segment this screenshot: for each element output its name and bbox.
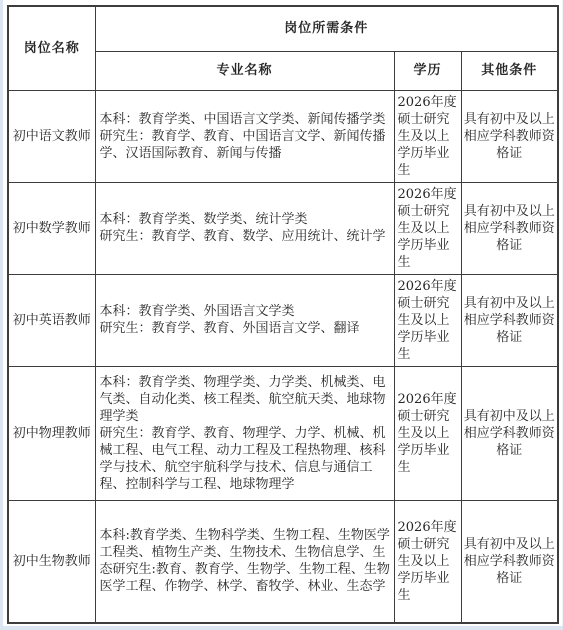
header-major: 专业名称 <box>95 51 394 90</box>
major-graduate-text: 研究生：教育学、教育、物理学、力学、机械、机械工程、电气工程、动力工程及工程热物… <box>100 425 392 493</box>
major-cell: 本科：教育学类、物理学类、力学类、机械类、电气类、自动化类、核工程类、航空航天类… <box>95 366 394 500</box>
degree-cell: 2026年度硕士研究生及以上学历毕业生 <box>394 274 461 366</box>
major-cell: 本科：教育学类、中国语言文学类、新闻传播学类 研究生：教育学、教育、中国语言文学… <box>95 90 394 182</box>
table-row-physics-teacher: 初中物理教师 本科：教育学类、物理学类、力学类、机械类、电气类、自动化类、核工程… <box>8 366 558 500</box>
position-cell: 初中数学教师 <box>8 182 95 274</box>
header-position: 岗位名称 <box>8 6 95 90</box>
table-row-biology-teacher: 初中生物教师 本科:教育学类、生物科学类、生物工程、生物医学工程类、植物生产类、… <box>8 500 558 623</box>
degree-text: 2026年度硕士研究生及以上学历毕业生 <box>398 186 460 271</box>
other-conditions-text: 具有初中及以上相应学科教师资格证 <box>463 203 555 254</box>
degree-text: 2026年度硕士研究生及以上学历毕业生 <box>398 278 460 363</box>
recruitment-table: 岗位名称 岗位所需条件 专业名称 学历 其他条件 初中语文教师 本科：教育学类、… <box>7 5 559 624</box>
position-cell: 初中语文教师 <box>8 90 95 182</box>
header-requirements-group: 岗位所需条件 <box>95 6 558 51</box>
major-cell: 本科:教育学类、生物科学类、生物工程、生物医学工程类、植物生产类、生物技术、生物… <box>95 500 394 623</box>
other-conditions-cell: 具有初中及以上相应学科教师资格证 <box>461 90 558 182</box>
position-cell: 初中物理教师 <box>8 366 95 500</box>
position-cell: 初中生物教师 <box>8 500 95 623</box>
major-bachelor-text: 本科：教育学类、数学类、统计学类 <box>100 211 392 228</box>
table-row-chinese-teacher: 初中语文教师 本科：教育学类、中国语言文学类、新闻传播学类 研究生：教育学、教育… <box>8 90 558 182</box>
other-conditions-text: 具有初中及以上相应学科教师资格证 <box>463 111 555 162</box>
other-conditions-cell: 具有初中及以上相应学科教师资格证 <box>461 182 558 274</box>
major-cell: 本科：教育学类、数学类、统计学类 研究生：教育学、教育、数学、应用统计、统计学 <box>95 182 394 274</box>
major-bachelor-text: 本科：教育学类、物理学类、力学类、机械类、电气类、自动化类、核工程类、航空航天类… <box>100 374 392 425</box>
major-graduate-text: 研究生：教育学、教育、中国语言文学、新闻传播学、汉语国际教育、新闻与传播 <box>100 128 392 162</box>
major-graduate-text: 研究生：教育学、教育、外国语言文学、翻译 <box>100 320 392 337</box>
major-cell: 本科：教育学类、外国语言文学类 研究生：教育学、教育、外国语言文学、翻译 <box>95 274 394 366</box>
table-row-math-teacher: 初中数学教师 本科：教育学类、数学类、统计学类 研究生：教育学、教育、数学、应用… <box>8 182 558 274</box>
other-conditions-text: 具有初中及以上相应学科教师资格证 <box>463 536 555 587</box>
major-combined-text: 本科:教育学类、生物科学类、生物工程、生物医学工程类、植物生产类、生物技术、生物… <box>100 527 392 595</box>
other-conditions-cell: 具有初中及以上相应学科教师资格证 <box>461 274 558 366</box>
major-bachelor-text: 本科：教育学类、外国语言文学类 <box>100 303 392 320</box>
table-row-english-teacher: 初中英语教师 本科：教育学类、外国语言文学类 研究生：教育学、教育、外国语言文学… <box>8 274 558 366</box>
other-conditions-text: 具有初中及以上相应学科教师资格证 <box>463 408 555 459</box>
other-conditions-cell: 具有初中及以上相应学科教师资格证 <box>461 366 558 500</box>
document-page: 岗位名称 岗位所需条件 专业名称 学历 其他条件 初中语文教师 本科：教育学类、… <box>0 0 563 630</box>
position-cell: 初中英语教师 <box>8 274 95 366</box>
major-graduate-text: 研究生：教育学、教育、数学、应用统计、统计学 <box>100 228 392 245</box>
degree-text: 2026年度硕士研究生及以上学历毕业生 <box>398 519 460 604</box>
other-conditions-cell: 具有初中及以上相应学科教师资格证 <box>461 500 558 623</box>
degree-cell: 2026年度硕士研究生及以上学历毕业生 <box>394 90 461 182</box>
other-conditions-text: 具有初中及以上相应学科教师资格证 <box>463 295 555 346</box>
header-degree: 学历 <box>394 51 461 90</box>
degree-text: 2026年度硕士研究生及以上学历毕业生 <box>398 391 460 476</box>
degree-text: 2026年度硕士研究生及以上学历毕业生 <box>398 94 460 179</box>
degree-cell: 2026年度硕士研究生及以上学历毕业生 <box>394 500 461 623</box>
degree-cell: 2026年度硕士研究生及以上学历毕业生 <box>394 182 461 274</box>
header-other: 其他条件 <box>461 51 558 90</box>
degree-cell: 2026年度硕士研究生及以上学历毕业生 <box>394 366 461 500</box>
major-bachelor-text: 本科：教育学类、中国语言文学类、新闻传播学类 <box>100 111 392 128</box>
